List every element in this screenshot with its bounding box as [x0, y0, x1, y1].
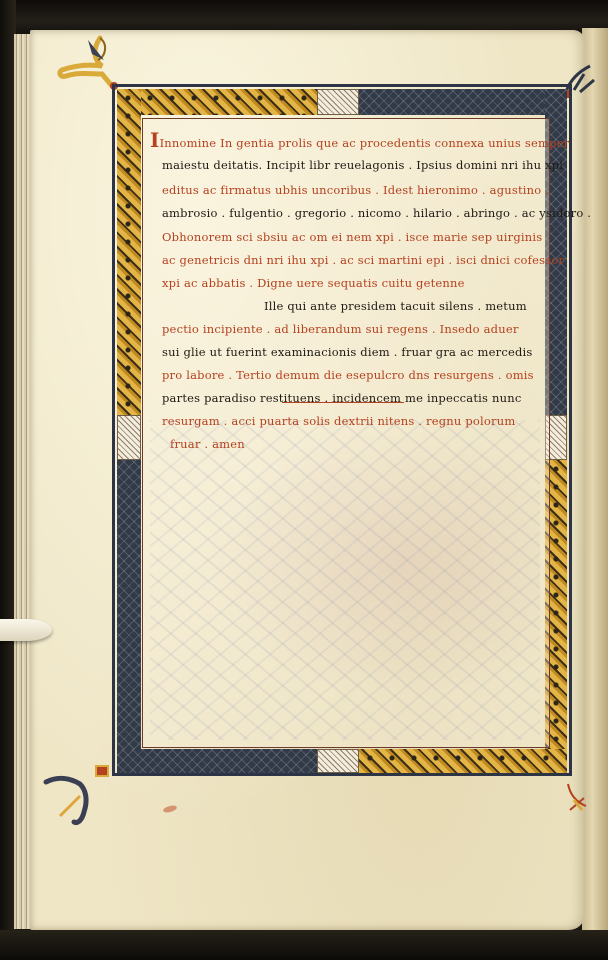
- text-line-10: sui glie ut fuerint examinacionis diem .…: [162, 345, 533, 359]
- text-line-11: pro labore . Tertio demum die esepulcro …: [162, 368, 534, 382]
- text-line-1: IInnomine In gentia prolis que ac proced…: [150, 128, 569, 152]
- text-line-13: resurgam . acci puarta solis dextrii nit…: [162, 414, 515, 428]
- text-line-3: editus ac firmatus ubhis uncoribus . Ide…: [162, 183, 549, 197]
- binding-bottom: [0, 930, 608, 960]
- line-filler-rule: [282, 402, 404, 403]
- text-line-2: maiestu deitatis. Incipit libr reuelagon…: [162, 158, 563, 172]
- frame-bottom-knot: [317, 749, 359, 773]
- text-line-9: pectio incipiente . ad liberandum sui re…: [162, 322, 519, 336]
- initial-letter: I: [150, 128, 160, 152]
- frame-bottom-dark-band: [117, 749, 317, 773]
- text-line-6: ac genetricis dni nri ihu xpi . ac sci m…: [162, 253, 564, 267]
- text-line-5: Obhonorem sci sbsiu ac om ei nem xpi . i…: [162, 230, 542, 244]
- corner-ornament-bottom-left-icon: [40, 760, 120, 830]
- text-line-8: Ille qui ante presidem tacuit silens . m…: [264, 299, 527, 313]
- frame-top-knot: [317, 89, 359, 115]
- frame-left-dark-band: [117, 460, 141, 771]
- frame-top-dark-band: [359, 89, 567, 115]
- text-line-14: fruar . amen: [170, 437, 245, 451]
- binding-top: [0, 0, 608, 34]
- text-line-4: ambrosio . fulgentio . gregorio . nicomo…: [162, 206, 591, 220]
- frame-left-gold-band: [117, 89, 141, 415]
- frame-top-gold-band: [117, 89, 317, 115]
- page-edges: [14, 34, 31, 929]
- text-line-7: xpi ac abbatis . Digne uere sequatis cui…: [162, 276, 465, 290]
- bookmark-tab[interactable]: [0, 619, 52, 641]
- corner-ornament-bottom-right-icon: [560, 780, 600, 820]
- frame-bottom-gold-band: [359, 749, 567, 773]
- frame-left-knot: [117, 415, 141, 460]
- ink-show-through: [150, 420, 540, 740]
